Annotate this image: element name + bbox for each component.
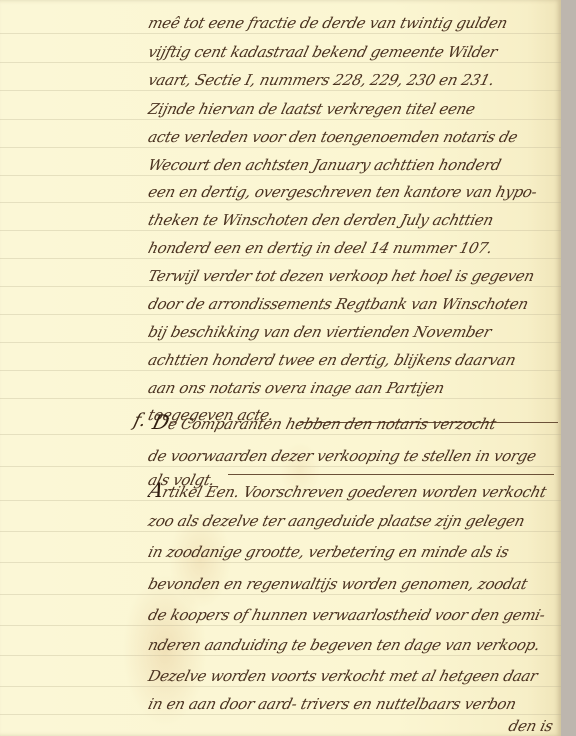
text-line: door de arrondissements Regtbank van Win… (146, 294, 563, 314)
ruled-line (0, 202, 561, 203)
text-line: Wecourt den achtsten January achttien ho… (146, 155, 563, 175)
line-filler-rule (228, 474, 554, 475)
text-line: aan ons notaris overa inage aan Partijen (146, 378, 563, 398)
scanned-document: meê tot eene fractie de derde van twinti… (0, 0, 576, 736)
ruled-line (0, 33, 561, 34)
text-line: Artikel Een. Voorschreven goederen worde… (146, 480, 563, 502)
text-line: honderd een en dertig in deel 14 nummer … (146, 238, 563, 258)
paper-page: meê tot eene fractie de derde van twinti… (0, 0, 561, 736)
ruled-line (0, 714, 561, 715)
text-line: De Comparanten hebben den notaris verzoc… (150, 412, 567, 434)
text-line: achttien honderd twee en dertig, blijken… (146, 350, 563, 370)
text-line: de koopers of hunnen verwaarlostheid voo… (146, 605, 563, 625)
text-line: bij beschikking van den viertienden Nove… (146, 322, 563, 342)
ruled-line (0, 625, 561, 626)
text-line: vaart, Sectie I, nummers 228, 229, 230 e… (146, 70, 563, 90)
ruled-line (0, 370, 561, 371)
text-line: bevonden en regenwaltijs worden genomen,… (146, 574, 563, 594)
ruled-line (0, 594, 561, 595)
ruled-line (0, 562, 561, 563)
text-line: Dezelve worden voorts verkocht met al he… (146, 666, 563, 686)
ruled-line (0, 62, 561, 63)
ruled-line (0, 434, 561, 435)
ruled-line (0, 398, 561, 399)
text-line: Terwijl verder tot dezen verkoop het hoe… (146, 266, 563, 286)
ruled-line (0, 655, 561, 656)
text-line: in en aan door aard- trivers en nuttelba… (146, 694, 563, 714)
ruled-line (0, 286, 561, 287)
margin-mark: f. (131, 410, 148, 431)
ruled-line (0, 686, 561, 687)
text-line: zoo als dezelve ter aangeduide plaatse z… (146, 511, 563, 531)
text-line: Zijnde hiervan de laatst verkregen titel… (146, 99, 563, 119)
text-line: in zoodanige grootte, verbetering en min… (146, 542, 563, 562)
ruled-line (0, 466, 561, 467)
text-line: de voorwaarden dezer verkooping te stell… (146, 446, 563, 466)
catchword: den is (150, 716, 555, 736)
text-line: een en dertig, overgeschreven ten kantor… (146, 182, 563, 202)
ruled-line (0, 230, 561, 231)
ruled-line (0, 147, 561, 148)
ruled-line (0, 314, 561, 315)
ruled-line (0, 90, 561, 91)
text-line: acte verleden voor den toengenoemden not… (146, 127, 563, 147)
ruled-line (0, 175, 561, 176)
text-line: vijftig cent kadastraal bekend gemeente … (146, 42, 563, 62)
ruled-line (0, 531, 561, 532)
ruled-line (0, 258, 561, 259)
ruled-line (0, 119, 561, 120)
ruled-line (0, 342, 561, 343)
text-line: nderen aanduiding te begeven ten dage va… (146, 635, 563, 655)
text-line: theken te Winschoten den derden July ach… (146, 210, 563, 230)
text-line: meê tot eene fractie de derde van twinti… (146, 13, 563, 33)
